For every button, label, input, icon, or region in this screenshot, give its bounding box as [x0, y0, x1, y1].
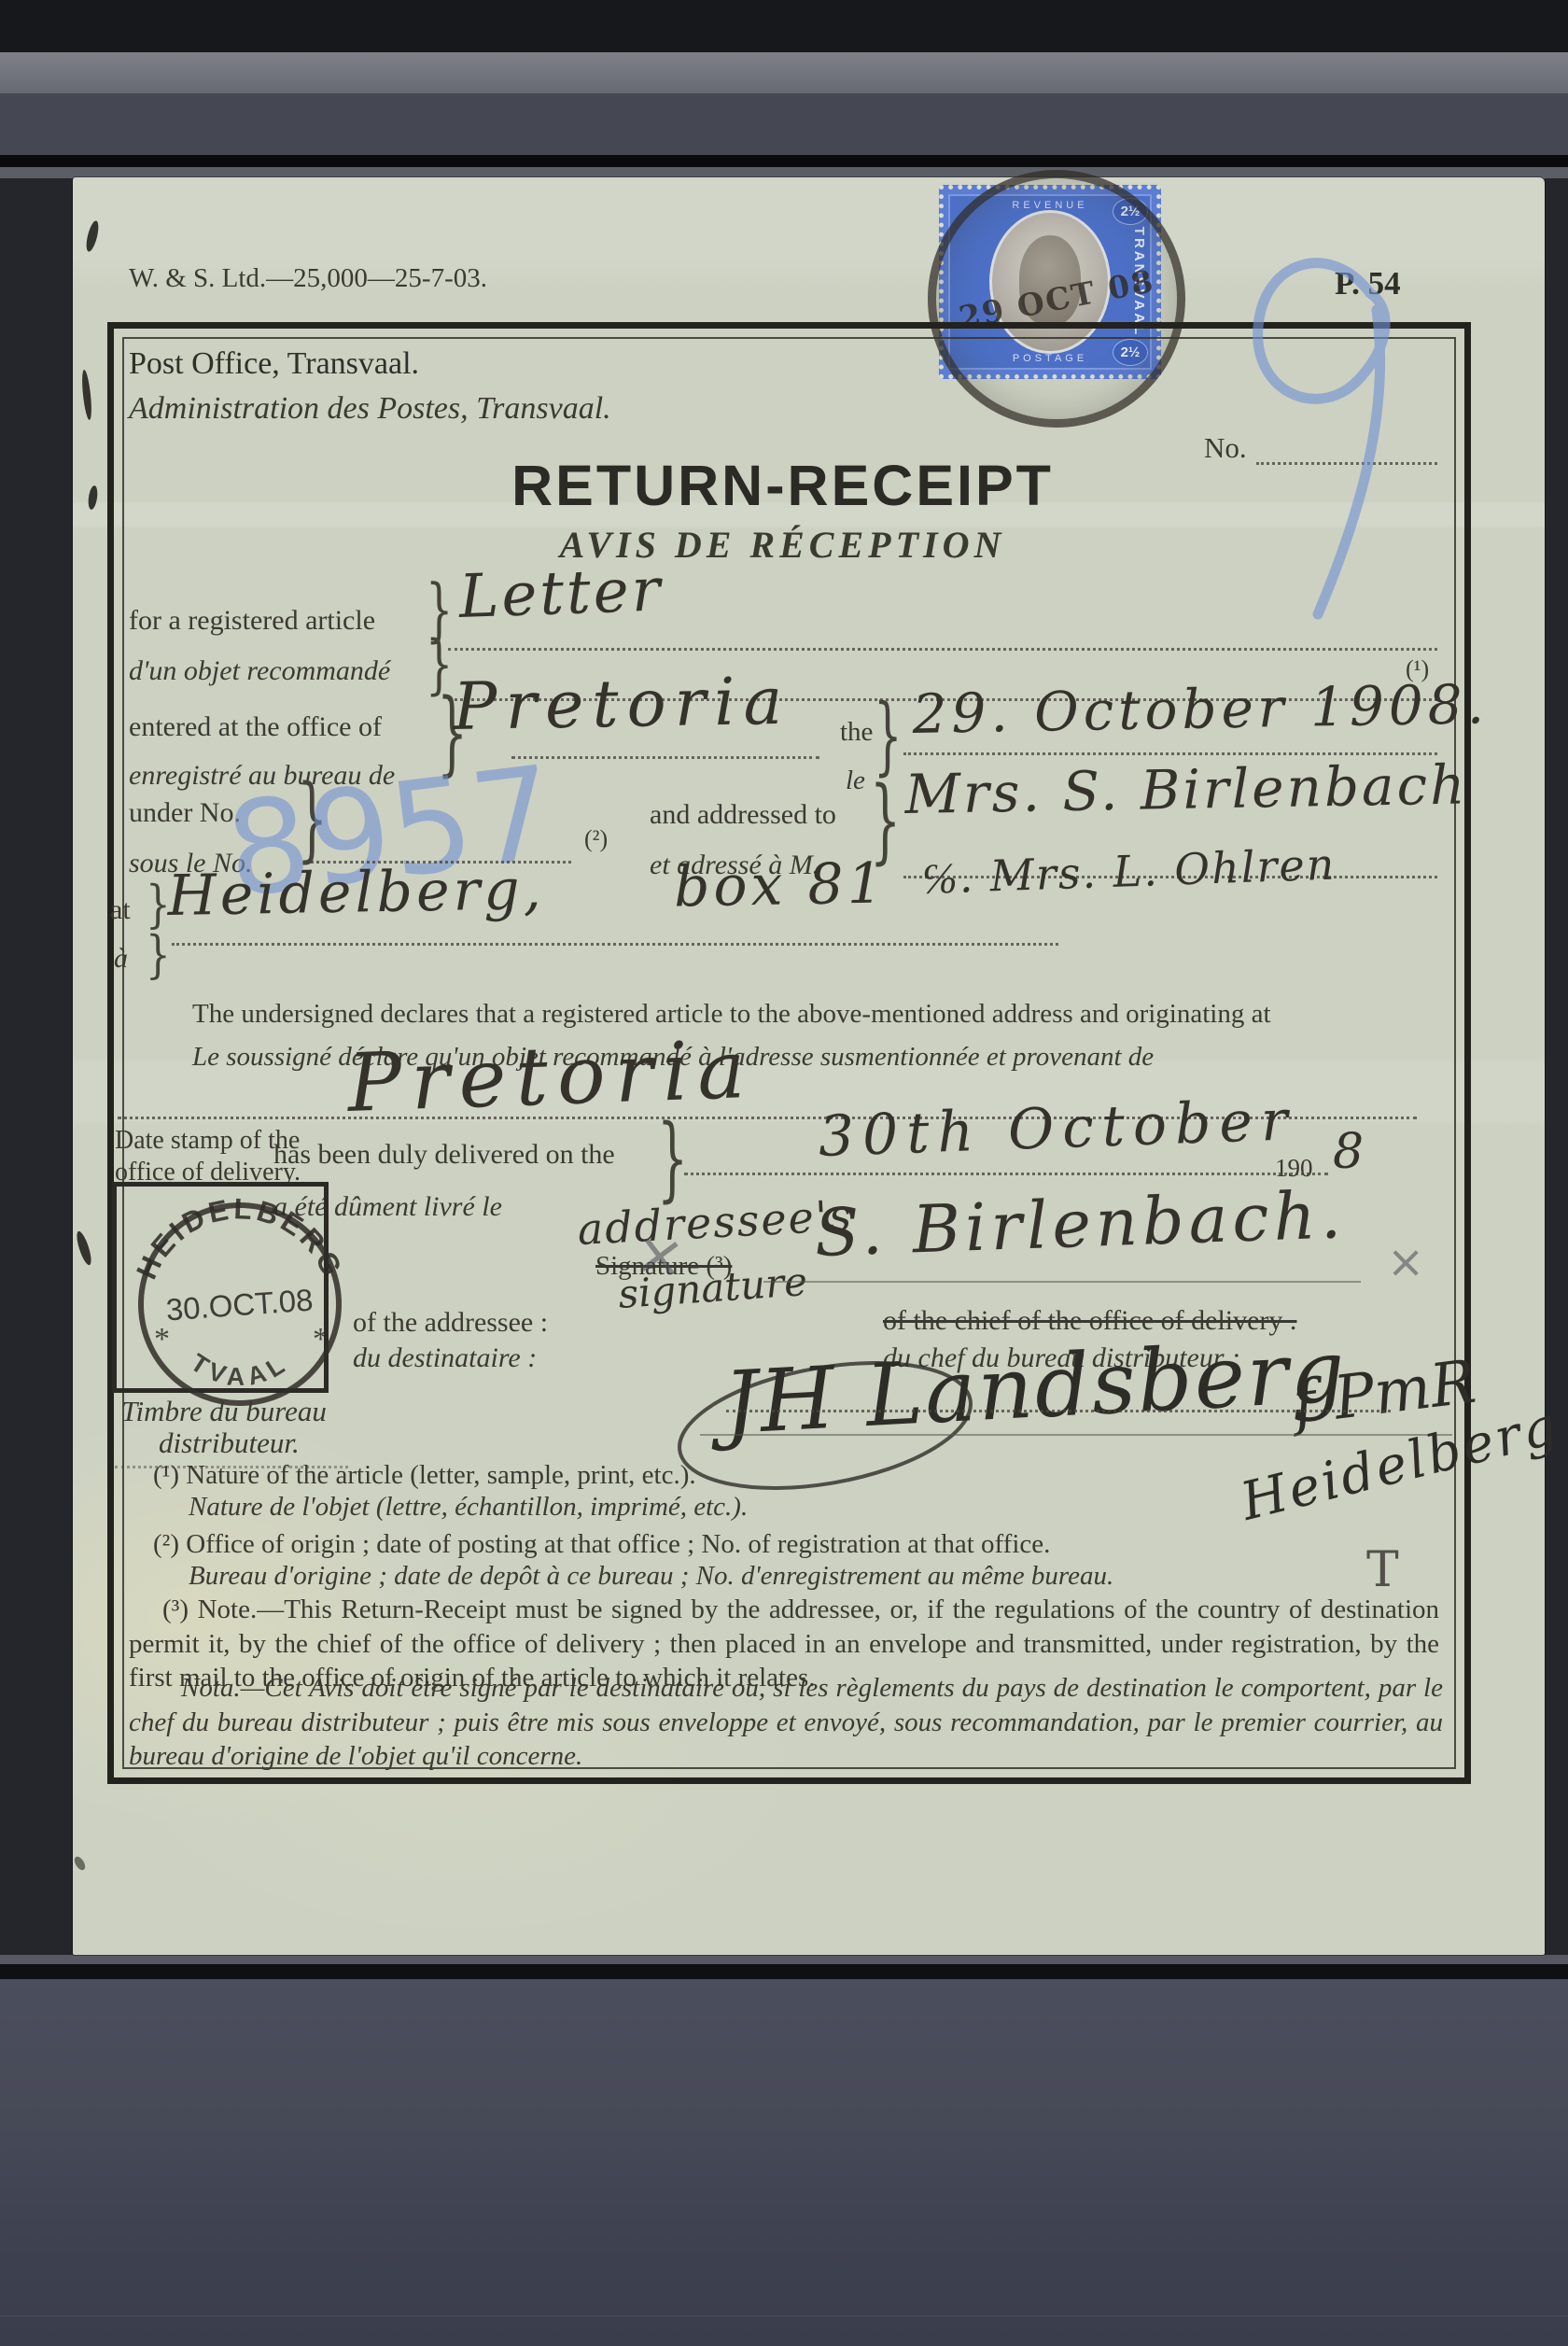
care-of-handwritten: ℅. Mrs. L. Ohlren — [920, 843, 1337, 900]
background-band-bottom-gray — [0, 1955, 1568, 1964]
dotted-rule — [726, 1410, 1391, 1412]
footnote-1-en: (¹) Nature of the article (letter, sampl… — [153, 1458, 696, 1493]
form-title: RETURN-RECEIPT — [107, 453, 1458, 518]
pencil-x-mark-right: × — [1387, 1236, 1424, 1288]
pencil-rule — [763, 1281, 1361, 1283]
postmark-date: 30.OCT.08 — [165, 1283, 315, 1328]
date-label-en: the — [840, 717, 873, 748]
pencil-t-mark: T — [1366, 1542, 1399, 1598]
footnote-2-en: (²) Office of origin ; date of posting a… — [153, 1527, 1050, 1562]
background-band-top-dark — [0, 0, 1568, 52]
postmark-star-left: * — [154, 1322, 170, 1356]
ink-mark — [87, 485, 99, 511]
office-value-handwritten: Pretoria — [453, 668, 791, 739]
scanned-return-receipt-page: W. & S. Ltd.—25,000—25-7-03. P. 54 REVEN… — [0, 0, 1568, 2346]
background-band-slate — [0, 93, 1568, 155]
ink-mark — [84, 219, 101, 252]
delivered-label-en: has been duly delivered on the — [273, 1139, 615, 1172]
brace: } — [146, 930, 171, 981]
place-label-fr: à — [114, 943, 128, 976]
form-subtitle: AVIS DE RÉCEPTION — [107, 523, 1458, 567]
pencil-tick — [72, 1855, 87, 1872]
addressee-signature-handwritten: S. Birlenbach. — [814, 1182, 1347, 1266]
place-value-handwritten: Heidelberg, box 81 — [167, 856, 887, 924]
brace: } — [874, 693, 903, 778]
delivery-date-handwritten: 30th October — [818, 1092, 1297, 1165]
addressee-value-handwritten: Mrs. S. Birlenbach — [904, 757, 1468, 822]
handwritten-number-9: 9 — [1230, 235, 1417, 627]
datestamp-caption-line1: Timbre du bureau — [121, 1395, 327, 1428]
office-name-fr: Administration des Postes, Transvaal. — [129, 390, 611, 427]
postmark-town: HEIDELBERG — [130, 1192, 350, 1284]
printer-imprint: W. & S. Ltd.—25,000—25-7-03. — [129, 263, 487, 294]
background-band-top-light — [0, 52, 1568, 93]
of-addressee-fr: du destinataire : — [353, 1342, 537, 1375]
document-paper: W. & S. Ltd.—25,000—25-7-03. P. 54 REVEN… — [73, 177, 1545, 1955]
ink-mark — [80, 370, 93, 421]
thin-rule — [700, 1434, 1452, 1436]
datestamp-caption-line2: distributeur. — [159, 1426, 300, 1460]
dotted-rule — [172, 943, 1058, 946]
datestamp-box: HEIDELBERG 30.OCT.08 TVAAL * * — [112, 1182, 329, 1393]
article-label-fr: d'un objet recommandé — [129, 655, 390, 688]
office-name-en: Post Office, Transvaal. — [129, 345, 419, 382]
background-band-bottom-slate — [0, 1979, 1568, 2346]
datestamp-label-line1: Date stamp of the — [115, 1126, 300, 1156]
postmark-star-right: * — [313, 1322, 329, 1356]
heidelberg-postmark: HEIDELBERG 30.OCT.08 TVAAL * * — [130, 1194, 350, 1414]
background-stripe-black-bottom — [0, 1964, 1568, 1979]
origin-value-handwritten: Pretoria — [346, 1030, 756, 1124]
date-label-fr: le — [846, 766, 865, 796]
postmark-region: TVAAL — [186, 1348, 294, 1391]
dotted-rule — [448, 648, 1437, 651]
office-label-en: entered at the office of — [129, 711, 382, 744]
year-digit-handwritten: 8 — [1333, 1128, 1364, 1176]
addressed-label-en: and addressed to — [650, 799, 836, 832]
footnote-2-fr: Bureau d'origine ; date de depôt à ce bu… — [189, 1559, 1113, 1594]
article-label-en: for a registered article — [129, 605, 375, 638]
footnote-3-fr: Nota.—Cet Avis doit être signé par le de… — [129, 1671, 1443, 1774]
addressee-correction-handwritten: addressee's — [577, 1194, 854, 1251]
brace: } — [657, 1114, 688, 1206]
footnote-1-fr: Nature de l'objet (lettre, échantillon, … — [189, 1490, 748, 1524]
of-addressee-en: of the addressee : — [353, 1307, 548, 1340]
svg-text:TVAAL: TVAAL — [186, 1348, 294, 1391]
footnote-ref-2: (²) — [584, 825, 608, 853]
article-value-handwritten: Letter — [458, 560, 664, 627]
place-label-en: at — [110, 894, 131, 927]
background-stripe-black-top — [0, 155, 1568, 167]
svg-text:HEIDELBERG: HEIDELBERG — [130, 1192, 350, 1284]
ink-mark — [74, 1229, 93, 1266]
posting-date-handwritten: 29. October 1908. — [912, 677, 1490, 741]
dotted-rule — [684, 1173, 1328, 1175]
